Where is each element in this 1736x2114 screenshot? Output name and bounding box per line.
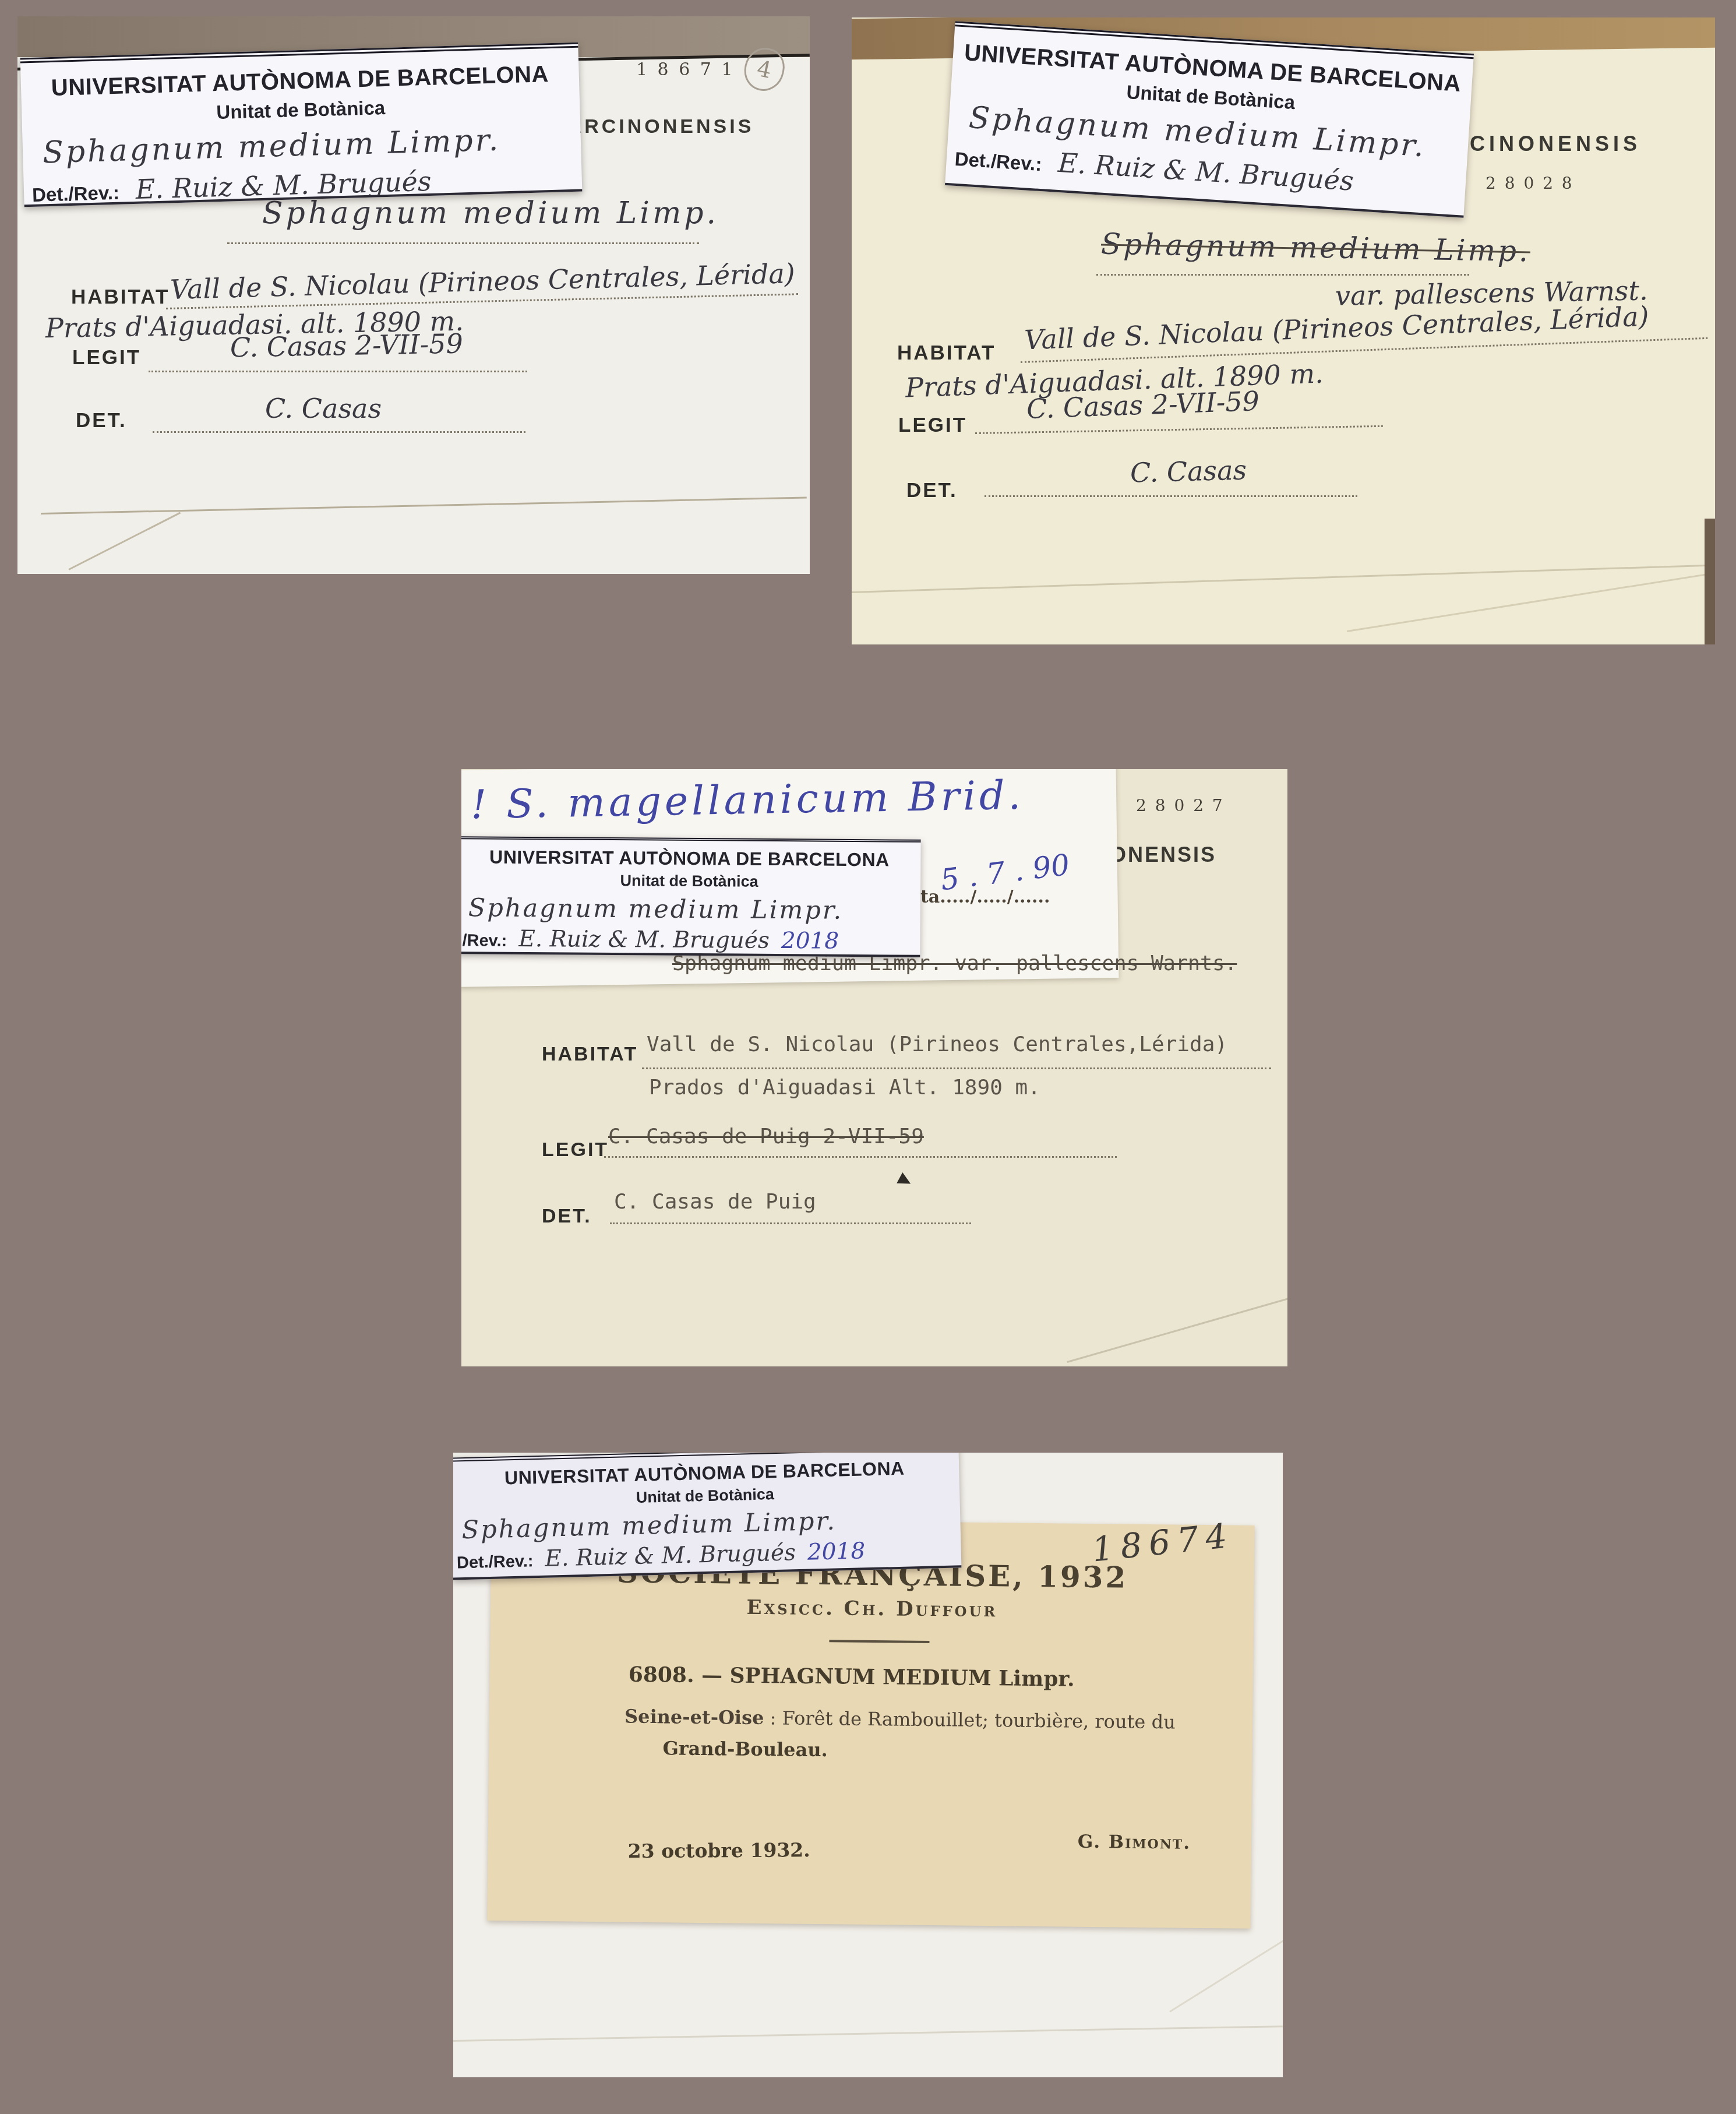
annotation-species: ! S. magellanicum Brid. <box>470 773 1024 829</box>
legit-value: C. Casas 2-VII-59 <box>230 328 464 364</box>
locality-department: Seine-et-Oise <box>624 1706 764 1729</box>
habitat-label: HABITAT <box>897 341 996 365</box>
species-line: Sphagnum medium Limp. <box>262 196 719 231</box>
catalog-number: 1 8 6 7 1 <box>636 59 735 80</box>
det-value: C. Casas <box>265 393 382 424</box>
habitat-line1: Vall de S. Nicolau (Pirineos Centrales,L… <box>647 1033 1227 1056</box>
locality-line1: Seine-et-Oise : Forêt de Rambouillet; to… <box>624 1706 1176 1734</box>
uab-org-line: UNIVERSITAT AUTÒNOMA DE BARCELONA <box>461 846 921 871</box>
legit-label: LEGIT <box>72 346 141 369</box>
rule <box>149 371 527 372</box>
rule <box>1096 274 1469 276</box>
habitat-label: HABITAT <box>71 286 170 309</box>
legit-label: LEGIT <box>898 414 967 437</box>
locality-rest: : Forêt de Rambouillet; tourbière, route… <box>764 1707 1176 1733</box>
det-value: C. Casas <box>1130 454 1247 488</box>
det-rev-value: E. Ruiz & M. Brugués <box>545 1539 796 1572</box>
det-rev-year: 2018 <box>807 1538 865 1565</box>
herbarium-label-collage: { "ink": { "blue": "#4247a3", "pen": "#3… <box>0 0 1736 2114</box>
det-label: DET. <box>906 479 958 502</box>
species-entry: 6808. — SPHAGNUM MEDIUM Limpr. <box>629 1662 1075 1692</box>
specimen-photo-18674: SOCIÉTÉ FRANÇAISE, 1932 Exsicc. Ch. Duff… <box>453 1453 1283 2077</box>
specimen-photo-28028: BARCINONENSIS 2 8 0 2 8 UNIVERSITAT AUTÒ… <box>852 17 1715 644</box>
det-value: C. Casas de Puig <box>614 1190 816 1214</box>
photo-edge-shadow <box>1705 519 1715 644</box>
catalog-number: 2 8 0 2 7 <box>1136 796 1225 815</box>
det-rev-label: Det./Rev.: <box>457 1552 534 1573</box>
collector-name: G. Bimont. <box>1078 1831 1191 1854</box>
date-field-dots: ta...../...../...... <box>920 887 1050 907</box>
rule <box>985 495 1357 497</box>
paper-edge <box>453 2025 1283 2042</box>
uab-sticker: UNIVERSITAT AUTÒNOMA DE BARCELONA Unitat… <box>453 1453 961 1580</box>
legit-value-struck: C. Casas de Puig 2-VII-59 <box>608 1125 924 1148</box>
uab-sticker: UNIVERSITAT AUTÒNOMA DE BARCELONA Unitat… <box>461 836 921 957</box>
rev-label: /Rev.: <box>462 931 507 951</box>
uab-unit-line: Unitat de Botànica <box>461 871 920 892</box>
sticker-species: Sphagnum medium Limpr. <box>468 893 920 925</box>
det-rev-label: Det./Rev.: <box>32 182 120 206</box>
paper-corner-edge <box>1169 1925 1283 2013</box>
rule <box>975 425 1383 434</box>
species-line-struck: Sphagnum medium Limp. <box>1101 227 1531 269</box>
paper-corner-edge <box>1067 1294 1287 1363</box>
uab-sticker: UNIVERSITAT AUTÒNOMA DE BARCELONA Unitat… <box>20 43 583 207</box>
collection-date: 23 octobre 1932. <box>628 1838 810 1862</box>
catalog-number: 2 8 0 2 8 <box>1486 174 1574 193</box>
ink-arrow-mark: ▶ <box>896 1168 916 1191</box>
det-rev-label: Det./Rev.: <box>954 148 1043 175</box>
rule <box>642 1067 1271 1069</box>
divider-rule <box>829 1640 929 1643</box>
specimen-photo-18671: 1 8 6 7 1 4 S BARCINONENSIS UNIVERSITAT … <box>17 16 810 574</box>
rule <box>610 1222 971 1224</box>
rev-value: E. Ruiz & M. Brugués <box>518 926 770 954</box>
specimen-photo-28027: ! S. magellanicum Brid. 2 8 0 2 7 CINONE… <box>461 769 1287 1366</box>
exsiccata-label: SOCIÉTÉ FRANÇAISE, 1932 Exsicc. Ch. Duff… <box>487 1517 1254 1929</box>
rule <box>604 1156 1117 1158</box>
habitat-line2: Prados d'Aiguadasi Alt. 1890 m. <box>649 1076 1040 1100</box>
det-label: DET. <box>76 409 127 432</box>
rev-year: 2018 <box>781 928 839 954</box>
locality-line2: Grand-Bouleau. <box>662 1737 828 1761</box>
paper-corner-edge <box>68 512 181 570</box>
uab-sticker: UNIVERSITAT AUTÒNOMA DE BARCELONA Unitat… <box>945 21 1474 217</box>
legit-label: LEGIT <box>542 1139 609 1161</box>
exsiccata-editor: Exsicc. Ch. Duffour <box>491 1593 1254 1625</box>
paper-edge <box>41 496 807 515</box>
pencil-number: 4 <box>755 55 774 83</box>
paper-corner-edge <box>1347 570 1715 632</box>
rule <box>227 242 699 244</box>
paper-edge <box>852 564 1714 593</box>
det-label: DET. <box>542 1205 592 1228</box>
rule <box>153 431 525 433</box>
habitat-line1: Vall de S. Nicolau (Pirineos Centrales, … <box>170 258 795 305</box>
habitat-label: HABITAT <box>542 1043 638 1066</box>
